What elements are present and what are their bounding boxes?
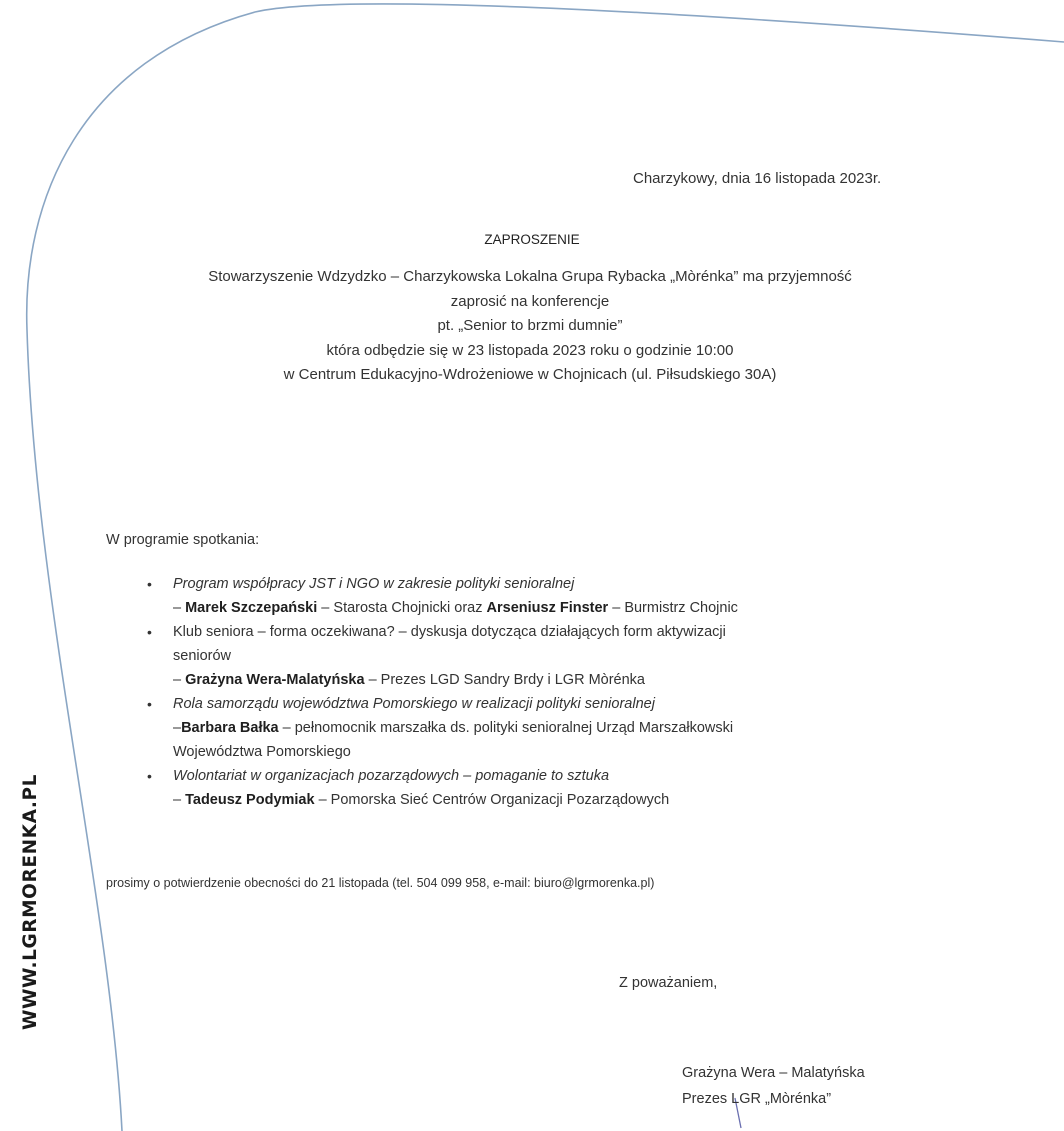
closing-salutation: Z poważaniem, <box>619 975 717 991</box>
document-title: ZAPROSZENIE <box>0 232 1064 247</box>
speaker-role: – Starosta Chojnicki oraz <box>317 600 486 616</box>
side-website-url: WWW.LGRMORENKA.PL <box>20 690 41 1030</box>
signature-role: Prezes LGR „Mòrénka” <box>682 1091 831 1107</box>
program-topic: Klub seniora – forma oczekiwana? – dysku… <box>173 620 757 668</box>
dash: – <box>173 720 181 736</box>
bullet-icon: • <box>147 620 152 644</box>
program-heading: W programie spotkania: <box>106 532 259 548</box>
intro-line: Stowarzyszenie Wdzydzko – Charzykowska L… <box>100 265 960 290</box>
program-topic: Wolontariat w organizacjach pozarządowyc… <box>173 764 927 788</box>
intro-line: w Centrum Edukacyjno-Wdrożeniowe w Chojn… <box>100 363 960 388</box>
program-speakers: –Barbara Bałka – pełnomocnik marszałka d… <box>173 716 777 764</box>
speaker-role: – Burmistrz Chojnic <box>608 600 738 616</box>
bullet-icon: • <box>147 764 152 788</box>
speaker-role: – Prezes LGD Sandry Brdy i LGR Mòrénka <box>365 672 645 688</box>
date-line: Charzykowy, dnia 16 listopada 2023r. <box>633 170 881 187</box>
signature-name: Grażyna Wera – Malatyńska <box>682 1065 865 1081</box>
speaker-name: Arseniusz Finster <box>487 600 609 616</box>
dash: – <box>173 672 185 688</box>
speaker-name: Barbara Bałka <box>181 720 279 736</box>
program-topic: Rola samorządu województwa Pomorskiego w… <box>173 692 927 716</box>
intro-line: która odbędzie się w 23 listopada 2023 r… <box>100 339 960 364</box>
program-list: • Program współpracy JST i NGO w zakresi… <box>147 572 927 812</box>
decorative-border-curve <box>0 0 1064 1131</box>
intro-line: zaprosić na konferencje <box>100 290 960 315</box>
program-item: • Rola samorządu województwa Pomorskiego… <box>147 692 927 764</box>
speaker-name: Tadeusz Podymiak <box>185 792 314 808</box>
program-item: • Wolontariat w organizacjach pozarządow… <box>147 764 927 812</box>
dash: – <box>173 792 185 808</box>
program-item: • Klub seniora – forma oczekiwana? – dys… <box>147 620 927 692</box>
program-speakers: – Grażyna Wera-Malatyńska – Prezes LGD S… <box>173 668 927 692</box>
speaker-role: – Pomorska Sieć Centrów Organizacji Poza… <box>315 792 670 808</box>
dash: – <box>173 600 185 616</box>
program-item: • Program współpracy JST i NGO w zakresi… <box>147 572 927 620</box>
intro-line: pt. „Senior to brzmi dumnie” <box>100 314 960 339</box>
bullet-icon: • <box>147 692 152 716</box>
program-topic: Program współpracy JST i NGO w zakresie … <box>173 572 927 596</box>
program-speakers: – Marek Szczepański – Starosta Chojnicki… <box>173 596 927 620</box>
speaker-name: Grażyna Wera-Malatyńska <box>185 672 364 688</box>
invitation-intro: Stowarzyszenie Wdzydzko – Charzykowska L… <box>100 265 960 388</box>
rsvp-note: prosimy o potwierdzenie obecności do 21 … <box>106 876 654 890</box>
speaker-name: Marek Szczepański <box>185 600 317 616</box>
program-speakers: – Tadeusz Podymiak – Pomorska Sieć Centr… <box>173 788 927 812</box>
bullet-icon: • <box>147 572 152 596</box>
